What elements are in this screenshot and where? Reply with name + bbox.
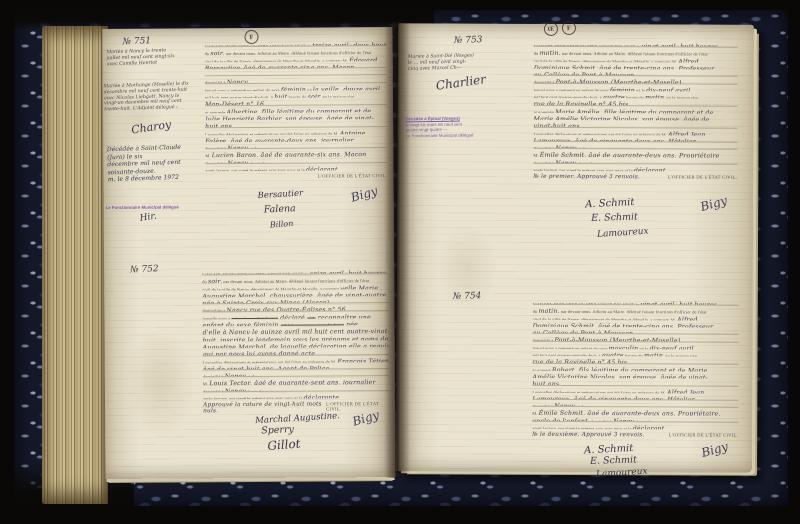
signature: Bersautier [257,189,303,202]
margin-signature: Charoy [130,118,172,137]
closing-note: № le deuxième. Approuvé 3 renvois. [532,432,644,438]
form-line: après lecture, ont signé le présent acte… [203,391,389,400]
officer-label: L'OFFICIER DE L'ÉTAT CIVIL. [326,401,389,411]
officer-row: Approuvé la rature de vingt-huit mots nu… [203,401,389,410]
form-line: après lecture, ont signé le présent acte… [205,163,387,172]
margin-note-marriage-1: Mariée à Nancy le trentejuillet mil neuf… [106,47,207,68]
act-753: L'AN MIL HUIT CENT QUATRE-VINGT-DIX-HUIT… [533,40,738,249]
signature-block-754: A. Schmit E. Schmit Lamoureux Bigy [532,442,738,483]
page-stain [125,328,196,438]
registry-scan: F № 751 Mariée à Nancy le trentejuillet … [0,0,800,524]
form-line: Julie Henriette Barbier, son épouse, âgé… [205,112,387,121]
form-line: après lecture, ont signé le présent acte… [532,422,738,430]
signature: A. Schmit [585,197,635,210]
signature: Sperry [261,424,294,436]
death-stamp-purple: Décédée à Épinal (Vosges)le vingt-six ma… [405,115,531,139]
signature: E. Schmit [591,212,638,224]
officer-label: L'OFFICIER DE L'ÉTAT CIVIL. [669,433,739,438]
act-number-752: № 752 [130,264,159,275]
margin-signature: Hir. [139,212,157,224]
act-number-751: № 751 [122,36,151,47]
form-line: M. Louis Tector, âgé de quarante-sept an… [203,376,389,385]
margin-signature: Charlier [435,72,487,93]
act-753-lines: L'AN MIL HUIT CENT QUATRE-VINGT-DIX-HUIT… [533,40,738,172]
form-line: Amélie Victorine Nicolas, son épouse, âg… [532,371,738,379]
officer-label: L'OFFICIER DE L'ÉTAT CIVIL. [668,175,738,180]
act-754: L'AN MIL HUIT CENT QUATRE-VINGT-DIX-HUIT… [532,298,739,483]
act-751-lines: L'AN MIL HUIT CENT QUATRE-VINGT-DIX-HUIT… [205,39,388,172]
signature: Billon [269,219,293,230]
signature-block-753: A. Schmit E. Schmit Lamoureux Bigy [533,196,737,249]
officer-signature: Bigy [349,184,379,205]
margin-note-marriage-2: Mariée à Morhange (Moselle) le dixdécemb… [103,81,208,113]
signature-block-751: Bersautier Falena Billon Bigy [206,187,388,240]
page-edges-stack [42,26,108,504]
signature-block-752: Marchal Augustine. Sperry Gillot Bigy [203,411,389,452]
officer-signature: Bigy [700,440,730,461]
officer-signature: Bigy [351,408,381,429]
signature: Gillot [267,437,301,454]
left-page: F № 751 Mariée à Nancy le trentejuillet … [102,27,395,479]
officer-row: № le premier. Approuvé 3 renvois. L'OFFI… [533,174,737,183]
officer-row: № le deuxième. Approuvé 3 renvois. L'OFF… [532,432,738,441]
signature: E. Schmit [590,455,637,467]
act-752-lines: L'AN MIL HUIT CENT QUATRE-VINGT-DIX-HUIT… [202,267,389,400]
margin-note-death: Décédée à Saint-Claude(Jura) le sixdécem… [107,143,206,184]
signature: Falena [263,203,295,215]
act-751: L'AN MIL HUIT CENT QUATRE-VINGT-DIX-HUIT… [205,39,388,241]
signature: Lamoureux [596,467,648,480]
note-line: Le Fonctionnaire Municipal délégué [406,131,532,138]
signature: Lamoureux [597,227,649,240]
right-page: Œ F № 753 Mariée à Saint-Dié (Vosges)le … [396,23,754,473]
round-collation-stamp-icon: F [561,20,576,35]
municipal-stamp: Le Fonctionnaire Municipal délégué [106,204,179,210]
form-line: après lecture, ont signé le présent acte… [533,164,737,172]
closing-note: № le premier. Approuvé 3 renvois. [533,174,640,180]
form-line: M. Lucien Baron, âgé de quarante-six ans… [205,148,387,157]
round-collation-stamp-icon: Œ [543,21,558,36]
officer-row: L'OFFICIER DE L'ÉTAT CIVIL. [205,173,387,182]
act-number-754: № 754 [453,291,482,302]
margin-note-marriage: Mariée à Saint-Dié (Vosges)le … mil neuf… [408,52,534,72]
act-752: L'AN MIL HUIT CENT QUATRE-VINGT-DIX-HUIT… [202,267,389,453]
act-754-lines: L'AN MIL HUIT CENT QUATRE-VINGT-DIX-HUIT… [532,298,739,430]
officer-signature: Bigy [699,194,729,215]
officer-label: L'OFFICIER DE L'ÉTAT CIVIL. [318,173,388,178]
act-number-753: № 753 [454,35,483,46]
